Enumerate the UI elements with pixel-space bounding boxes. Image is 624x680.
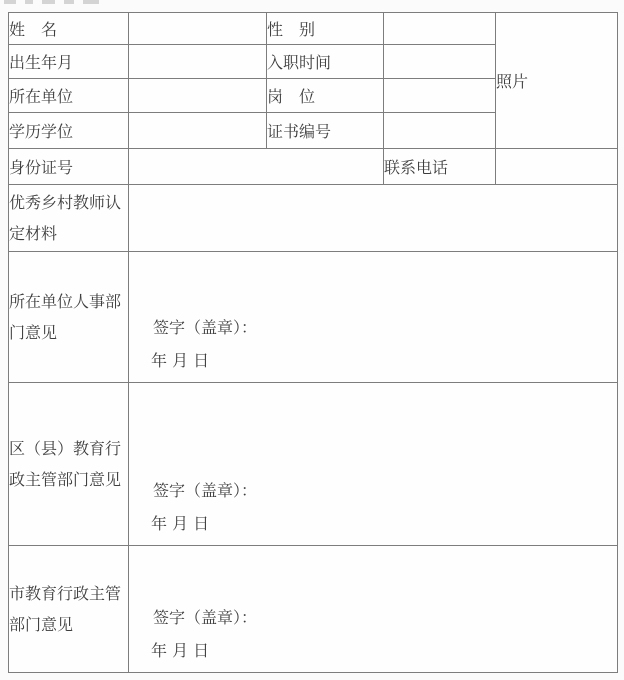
- photo-placeholder-cell: 照片: [496, 13, 618, 149]
- entry-date-value-cell: [384, 45, 496, 79]
- phone-label-cell: 联系电话: [384, 149, 496, 185]
- birth-date-value-cell: [129, 45, 267, 79]
- unit-hr-opinion-label-cell: 所在单位人事部门意见: [9, 252, 129, 383]
- signature-seal-label: 签字（盖章）：: [153, 478, 257, 501]
- date-line-label: 年 月 日: [151, 348, 257, 371]
- post-label-cell: 岗 位: [267, 79, 384, 113]
- row-city-education-opinion: 市教育行政主管部门意见 签字（盖章）： 年 月 日: [9, 546, 618, 673]
- city-education-opinion-label-cell: 市教育行政主管部门意见: [9, 546, 129, 673]
- unit-hr-opinion-content-cell: 签字（盖章）： 年 月 日: [129, 252, 618, 383]
- clipped-text-remnant: [4, 0, 164, 6]
- degree-value-cell: [129, 113, 267, 149]
- signature-seal-label: 签字（盖章）：: [153, 605, 257, 628]
- gender-value-cell: [384, 13, 496, 45]
- row-name-gender: 姓 名 性 别 照片: [9, 13, 618, 45]
- entry-date-label-cell: 入职时间: [267, 45, 384, 79]
- form-page: 姓 名 性 别 照片 出生年月 入职时间 所在单位 岗 位 学历学位 证书编号 …: [0, 0, 624, 680]
- district-education-opinion-label-cell: 区（县）教育行政主管部门意见: [9, 383, 129, 546]
- row-id-phone: 身份证号 联系电话: [9, 149, 618, 185]
- date-line-label: 年 月 日: [151, 511, 257, 534]
- row-materials: 优秀乡村教师认定材料: [9, 185, 618, 252]
- gender-label-cell: 性 别: [267, 13, 384, 45]
- materials-content-cell: [129, 185, 618, 252]
- work-unit-label-cell: 所在单位: [9, 79, 129, 113]
- name-value-cell: [129, 13, 267, 45]
- birth-date-label-cell: 出生年月: [9, 45, 129, 79]
- date-line-label: 年 月 日: [151, 638, 257, 661]
- row-unit-hr-opinion: 所在单位人事部门意见 签字（盖章）： 年 月 日: [9, 252, 618, 383]
- work-unit-value-cell: [129, 79, 267, 113]
- signature-block: 签字（盖章）： 年 月 日: [151, 315, 257, 371]
- signature-seal-label: 签字（盖章）：: [153, 315, 257, 338]
- degree-label-cell: 学历学位: [9, 113, 129, 149]
- id-number-label-cell: 身份证号: [9, 149, 129, 185]
- phone-value-cell: [496, 149, 618, 185]
- row-district-education-opinion: 区（县）教育行政主管部门意见 签字（盖章）： 年 月 日: [9, 383, 618, 546]
- id-number-value-cell: [129, 149, 384, 185]
- materials-label-cell: 优秀乡村教师认定材料: [9, 185, 129, 252]
- city-education-opinion-content-cell: 签字（盖章）： 年 月 日: [129, 546, 618, 673]
- post-value-cell: [384, 79, 496, 113]
- district-education-opinion-content-cell: 签字（盖章）： 年 月 日: [129, 383, 618, 546]
- signature-block: 签字（盖章）： 年 月 日: [151, 478, 257, 534]
- signature-block: 签字（盖章）： 年 月 日: [151, 605, 257, 661]
- name-label-cell: 姓 名: [9, 13, 129, 45]
- certificate-no-value-cell: [384, 113, 496, 149]
- certificate-no-label-cell: 证书编号: [267, 113, 384, 149]
- teacher-certification-form-table: 姓 名 性 别 照片 出生年月 入职时间 所在单位 岗 位 学历学位 证书编号 …: [8, 12, 618, 673]
